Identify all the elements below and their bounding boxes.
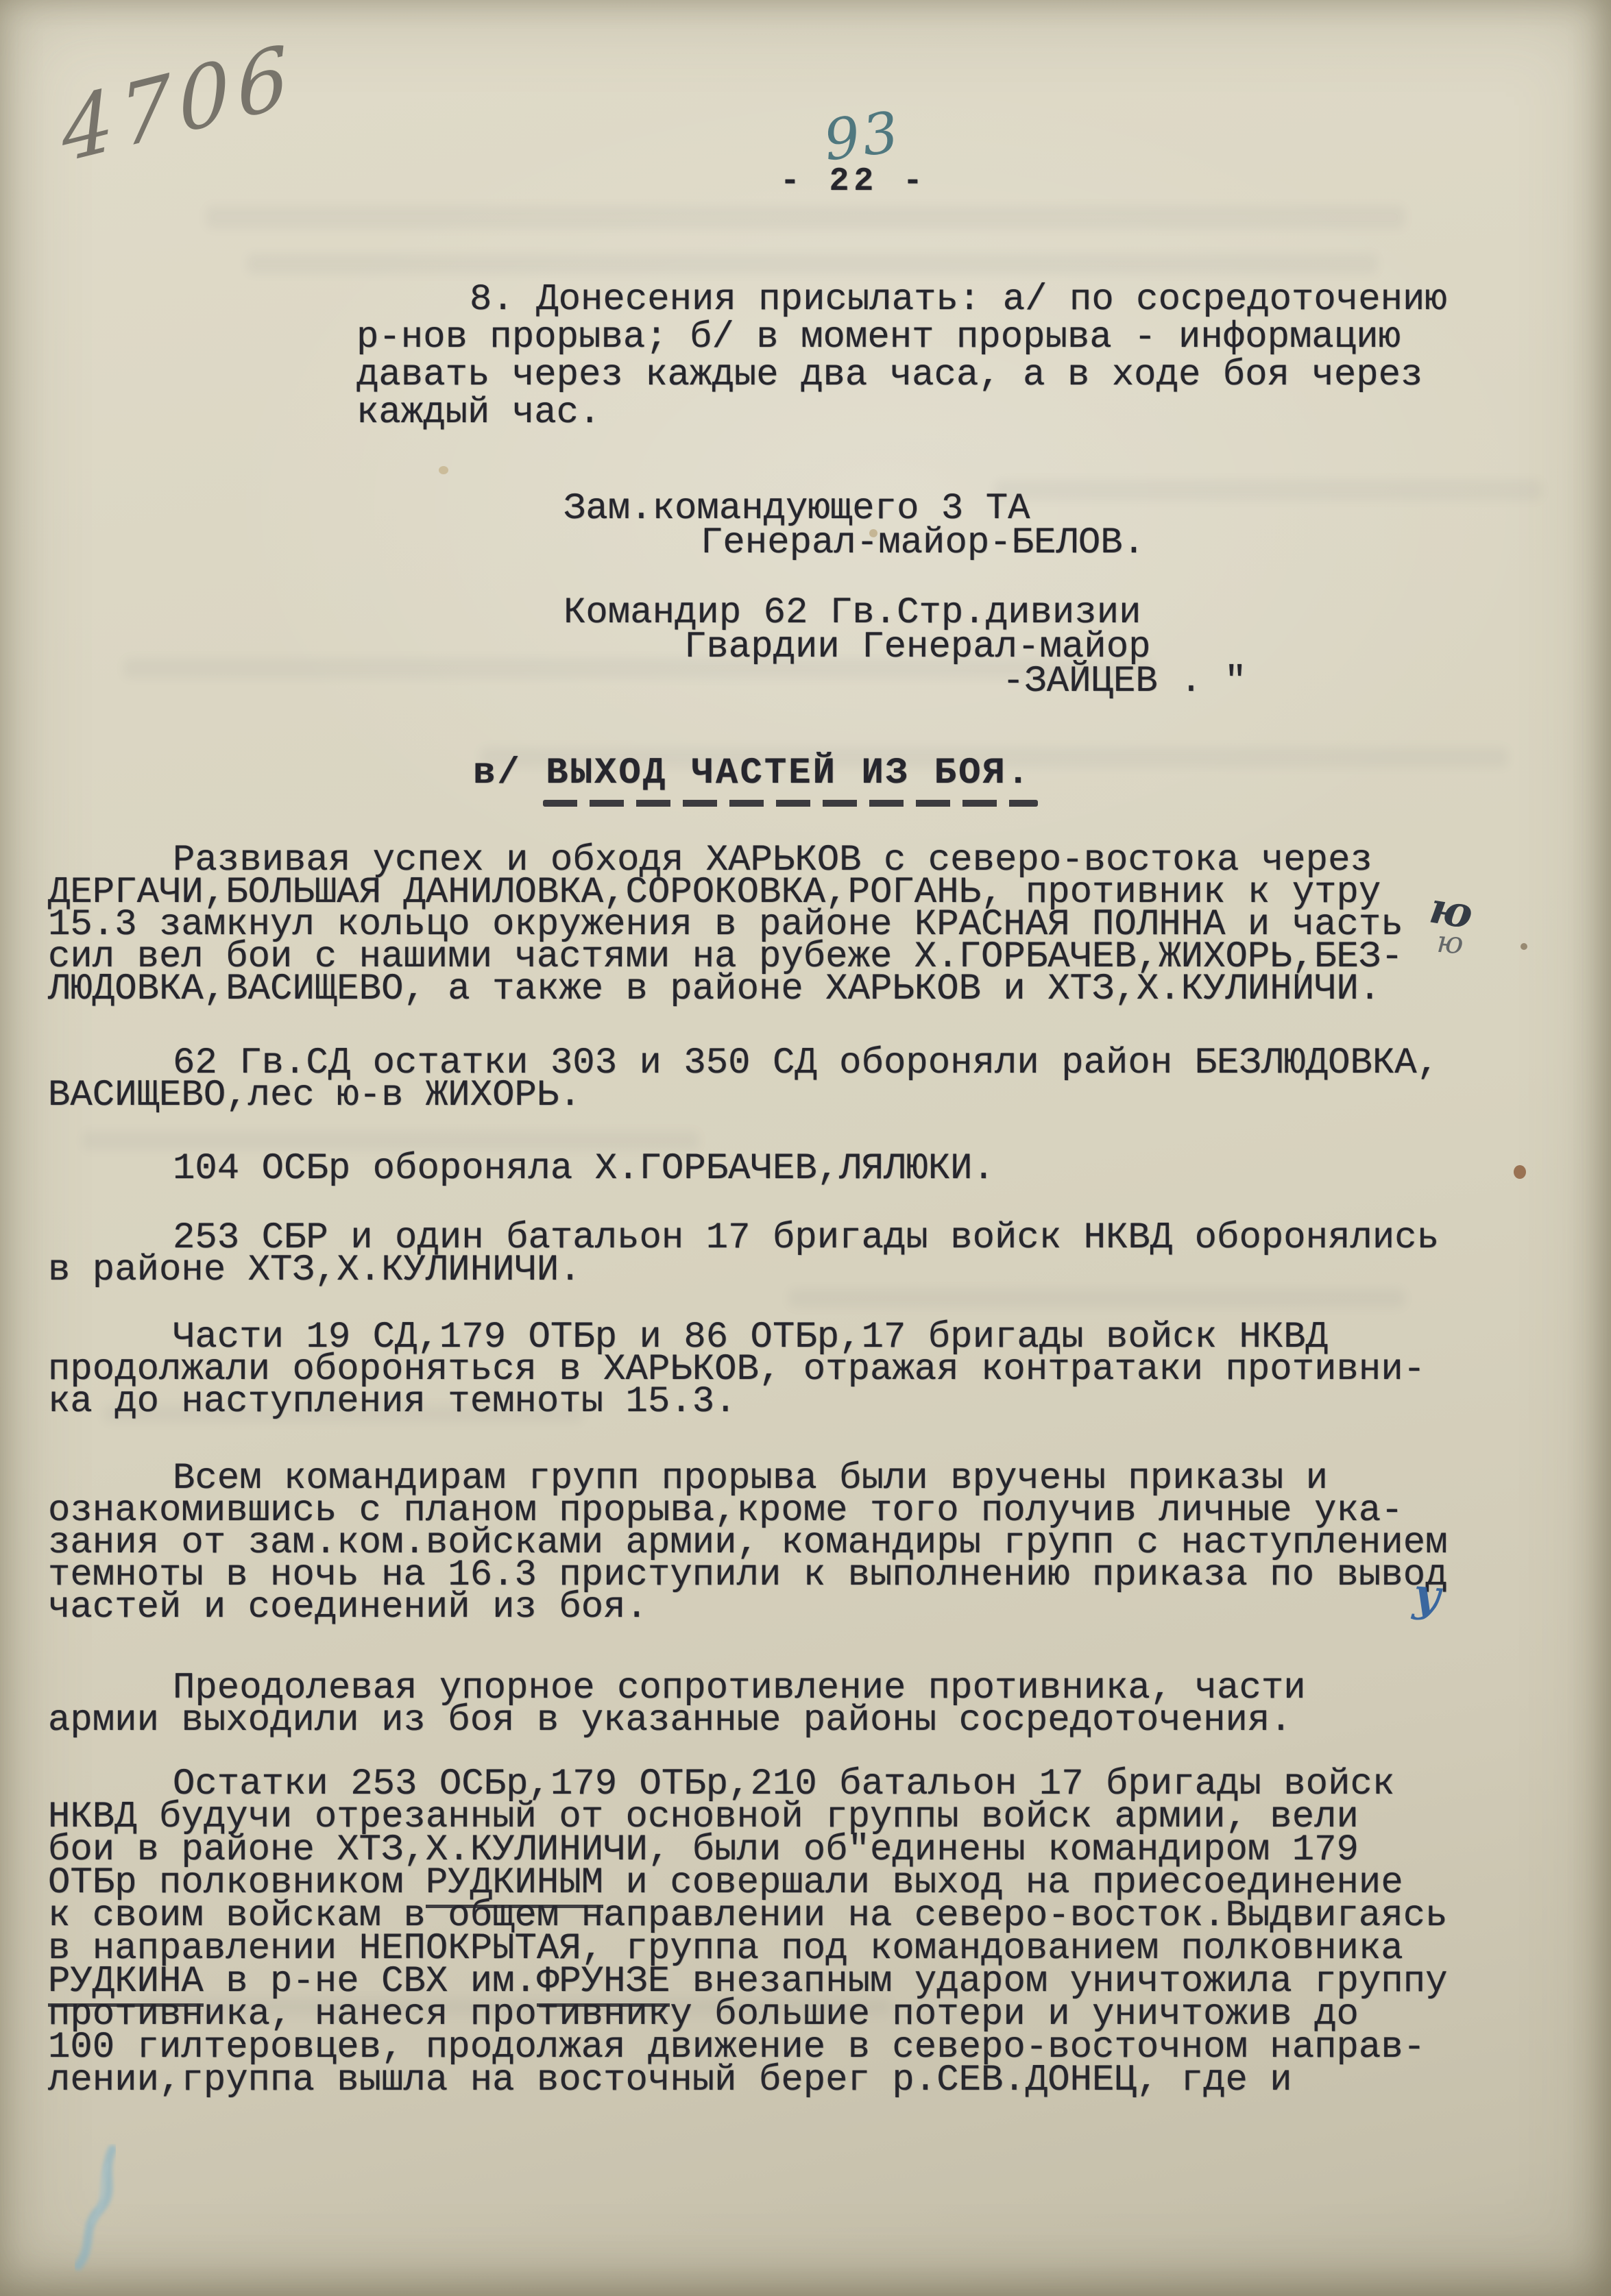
paragraph-1: Развивая успех и обходя ХАРЬКОВ с северо… (48, 844, 1403, 1005)
text-line: ка до наступления темноты 15.3. (48, 1386, 1425, 1418)
text-line: армии выходили из боя в указанные районы… (48, 1705, 1306, 1737)
paragraph-5: Части 19 СД,179 ОТБр и 86 ОТБр,17 бригад… (48, 1321, 1425, 1418)
blue-pencil-smudge (59, 2144, 141, 2281)
section-heading: в/ ВЫХОД ЧАСТЕЙ ИЗ БОЯ. (473, 753, 1031, 794)
bleedthrough-streak (247, 254, 1378, 274)
paragraph-4: 253 СБР и один батальон 17 бригады войск… (48, 1222, 1439, 1286)
paragraph-8: Остатки 253 ОСБр,179 ОТБр,210 батальон 1… (48, 1768, 1448, 2097)
typed-page-number: - 22 - (780, 163, 928, 200)
handwritten-archive-number: 4706 (58, 25, 298, 182)
text-line: 104 ОСБр обороняла Х.ГОРБАЧЕВ,ЛЯЛЮКИ. (48, 1153, 995, 1185)
section-letter: в/ (473, 753, 546, 794)
bleedthrough-streak (788, 1289, 1405, 1308)
scanned-document-page: 4706 93 - 22 - 8. Донесения присылать: а… (0, 0, 1611, 2296)
text-line: ЛЮДОВКА,ВАСИЩЕВО, а также в районе ХАРЬК… (48, 973, 1403, 1005)
text-line: частей и соединений из боя. (48, 1591, 1448, 1624)
text-line: давать через каждые два часа, а в ходе б… (356, 356, 1447, 394)
section-title: ВЫХОД ЧАСТЕЙ ИЗ БОЯ. (546, 753, 1031, 794)
paper-stain (439, 466, 448, 474)
signature-name: Генерал-майор-БЕЛОВ. (701, 526, 1145, 561)
paper-stain (1514, 1165, 1526, 1179)
handwritten-correction-yu-echo: ю (1436, 925, 1464, 962)
bleedthrough-streak (206, 206, 1405, 229)
signature-title: Зам.командующего 3 ТА (564, 492, 1145, 526)
signature-division-commander: Командир 62 Гв.Стр.дивизии Гвардии Генер… (564, 596, 1246, 699)
paragraph-6: Всем командирам групп прорыва были вруче… (48, 1463, 1448, 1624)
signature-title: Командир 62 Гв.Стр.дивизии (564, 596, 1246, 631)
paragraph-2: 62 Гв.СД остатки 303 и 350 СД обороняли … (48, 1047, 1439, 1112)
text-line: ВАСИЩЕВО,лес ю-в ЖИХОРЬ. (48, 1079, 1439, 1112)
handwritten-correction-u-blue: у (1412, 1567, 1443, 1622)
bleedthrough-streak (82, 1131, 699, 1150)
paragraph-7: Преодолевая упорное сопротивление против… (48, 1672, 1306, 1737)
paragraph-3: 104 ОСБр обороняла Х.ГОРБАЧЕВ,ЛЯЛЮКИ. (48, 1153, 995, 1185)
paper-stain (1521, 943, 1527, 950)
text-line: каждый час. (356, 394, 1447, 432)
text-line: р-нов прорыва; б/ в момент прорыва - инф… (356, 319, 1447, 356)
paragraph-item8: 8. Донесения присылать: а/ по сосредоточ… (356, 281, 1447, 432)
signature-rank: Гвардии Генерал-майор (684, 631, 1246, 665)
text-line: в районе ХТЗ,Х.КУЛИНИЧИ. (48, 1254, 1439, 1286)
signature-deputy-commander: Зам.командующего 3 ТА Генерал-майор-БЕЛО… (564, 492, 1145, 561)
text-line: 8. Донесения присылать: а/ по сосредоточ… (356, 281, 1447, 319)
text-line: лении,группа вышла на восточный берег р.… (48, 2064, 1448, 2097)
signature-name: -ЗАЙЦЕВ . " (1002, 665, 1246, 699)
